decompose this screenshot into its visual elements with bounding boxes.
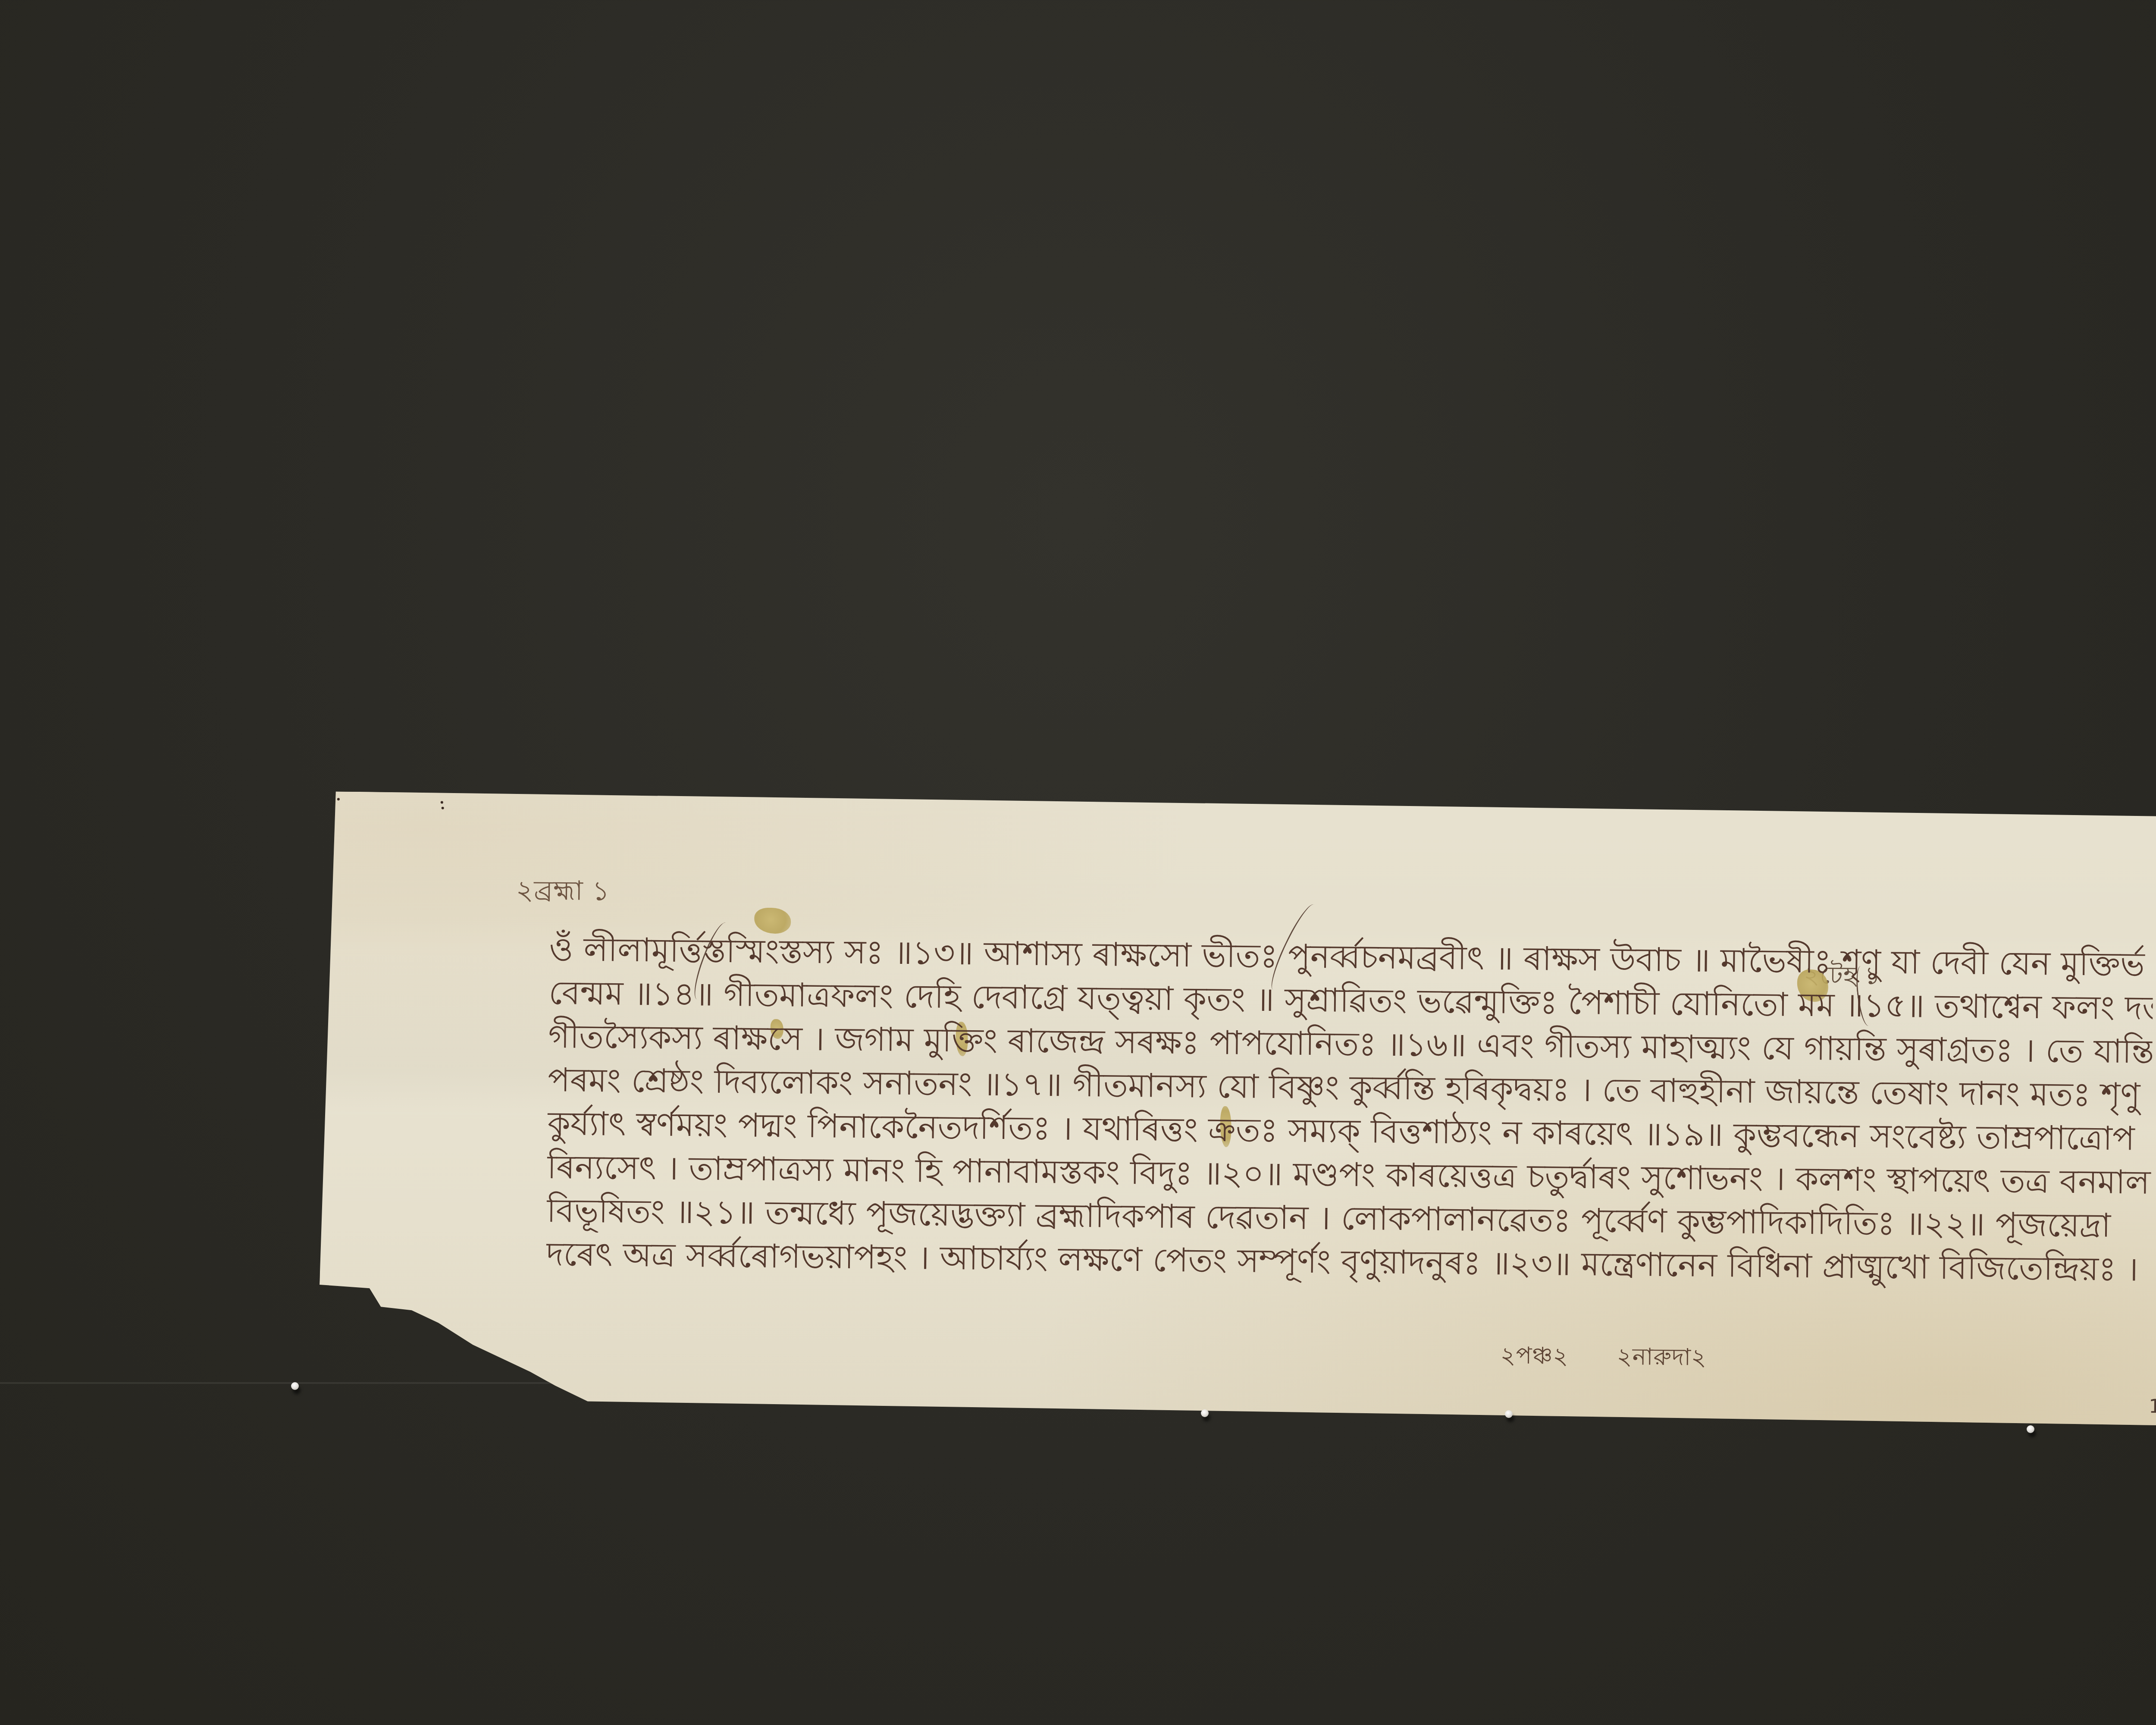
dot-1	[337, 798, 340, 800]
pin-3	[1505, 1410, 1513, 1418]
dot-3	[442, 807, 444, 809]
footer-mark-right: ২নারুদা২	[1617, 1339, 1707, 1378]
catalog-number: 128019	[2149, 1396, 2156, 1418]
dot-2	[441, 801, 443, 804]
folio-paper: ২ব্রহ্মা ১ ২টেহ ১ ওঁ লীলামূৰ্ত্তিস্তস্মি…	[318, 791, 2156, 1427]
text-block: ওঁ লীলামূৰ্ত্তিস্তস্মিংস্তস্য সঃ ॥১৩॥ আশ…	[546, 927, 2153, 1291]
pin-2	[1201, 1409, 1209, 1417]
pin-4	[2027, 1425, 2034, 1433]
pin-1	[291, 1382, 299, 1390]
footer-mark-left: ২পঞ্চ২	[1500, 1337, 1569, 1377]
header-mark: ২ব্রহ্মা ১	[516, 870, 610, 915]
